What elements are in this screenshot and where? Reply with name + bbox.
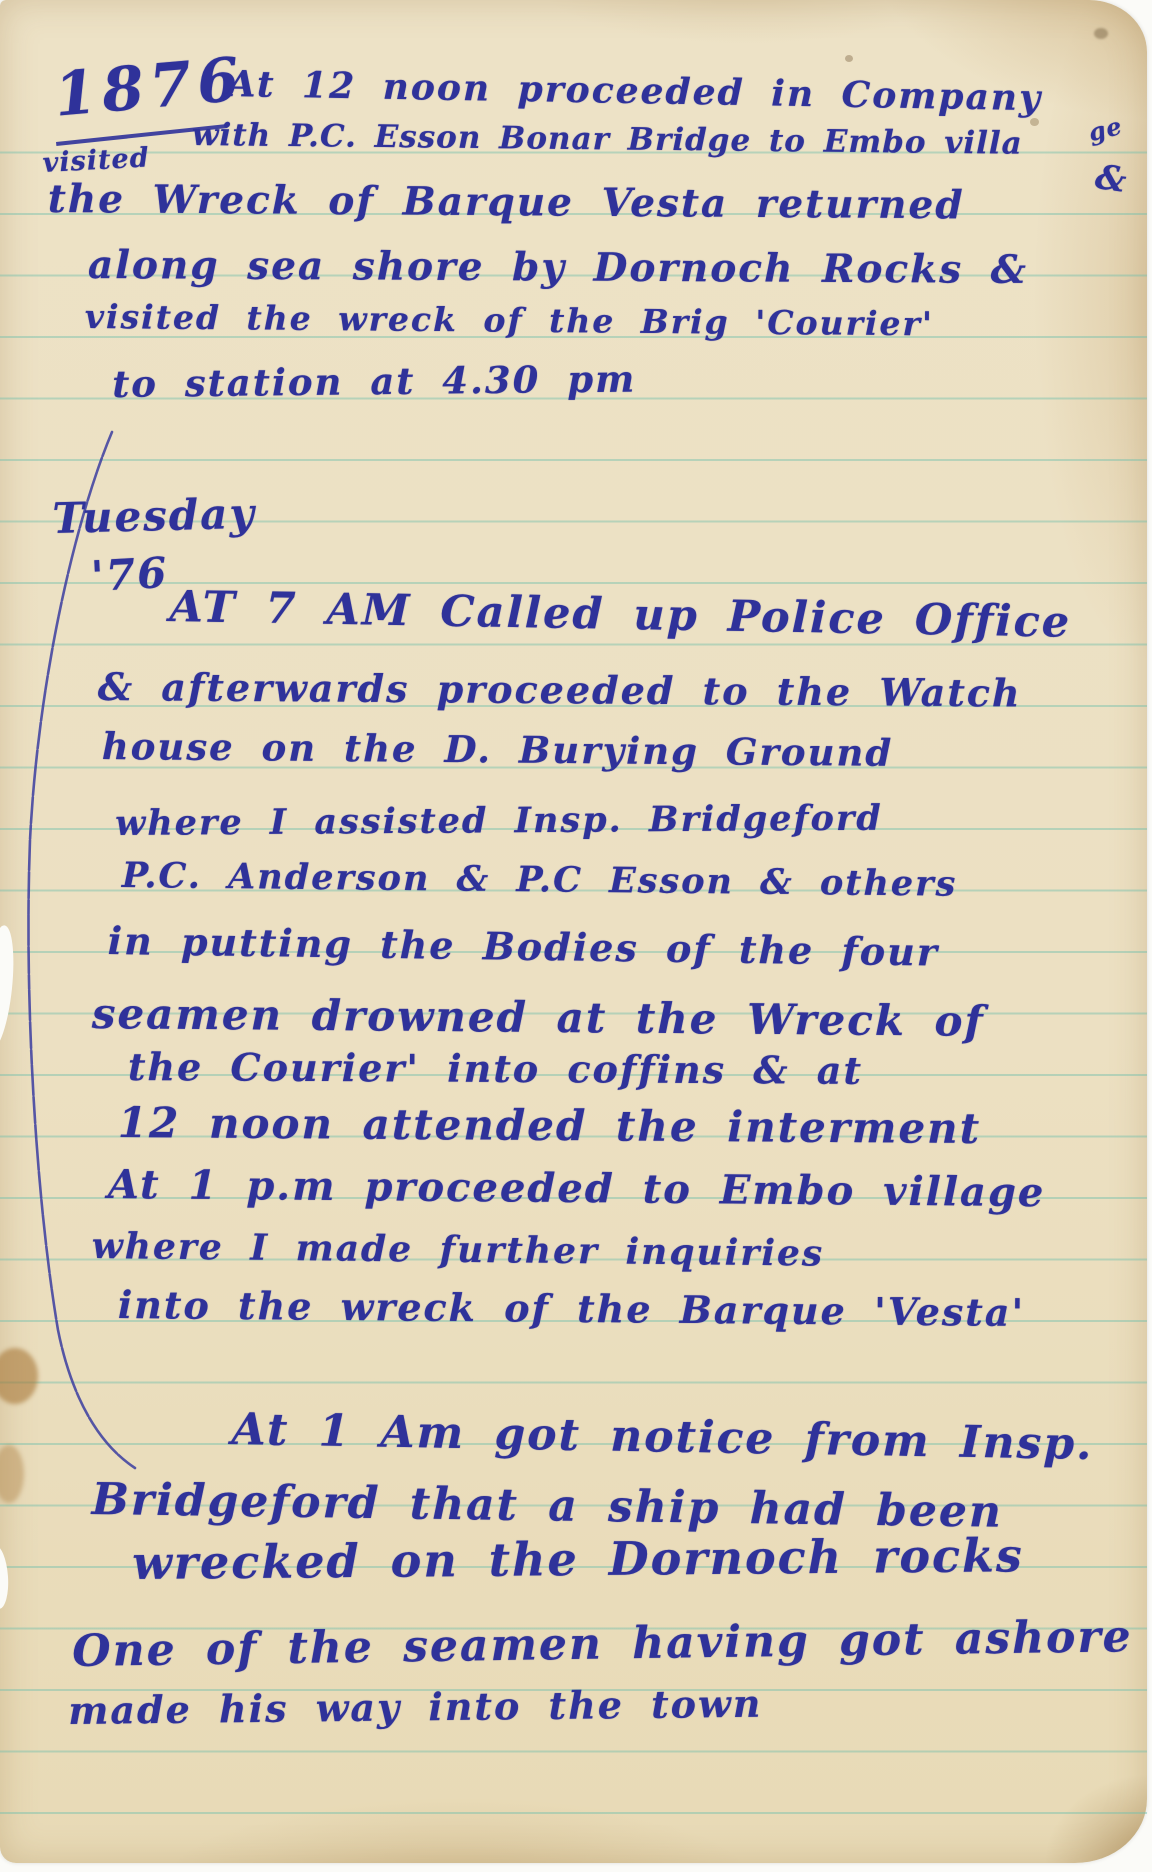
- handwritten-line: in putting the Bodies of the four: [107, 922, 939, 972]
- handwritten-line: seamen drowned at the Wreck of: [92, 993, 985, 1043]
- handwritten-line: P.C. Anderson & P.C Esson & others: [122, 858, 958, 902]
- wrap-suffix: ge: [1086, 114, 1125, 146]
- handwritten-line: At 1 p.m proceeded to Embo village: [108, 1165, 1046, 1213]
- year-heading: 1876: [52, 49, 248, 125]
- handwritten-line: into the wreck of the Barque 'Vesta': [118, 1286, 1026, 1332]
- handwritten-line: where I assisted Insp. Bridgeford: [115, 801, 883, 841]
- paper-speck: [1030, 118, 1039, 126]
- handwritten-line: where I made further inquiries: [92, 1228, 825, 1272]
- paper-speck: [845, 55, 853, 62]
- handwritten-line: wrecked on the Dornoch rocks: [132, 1532, 1024, 1586]
- handwritten-line: with P.C. Esson Bonar Bridge to Embo vil…: [192, 120, 1023, 160]
- inserted-word: visited: [42, 144, 150, 177]
- scanned-notebook-page: 1876 At 12 noon proceeded in Company wit…: [0, 0, 1152, 1872]
- margin-ampersand: &: [1093, 160, 1130, 198]
- handwritten-line: along sea shore by Dornoch Rocks &: [88, 246, 1028, 290]
- handwritten-line: Bridgeford that a ship had been: [91, 1478, 1003, 1535]
- year-short: '76: [90, 552, 169, 598]
- handwritten-line: to station at 4.30 pm: [112, 361, 636, 403]
- handwritten-line: made his way into the town: [68, 1685, 763, 1730]
- handwritten-line: the Courier' into coffins & at: [128, 1048, 863, 1090]
- handwritten-line: the Wreck of Barque Vesta returned: [48, 180, 965, 225]
- handwritten-line: house on the D. Burying Ground: [102, 728, 894, 772]
- handwritten-line: 12 noon attended the interment: [118, 1102, 982, 1150]
- handwritten-line: & afterwards proceeded to the Watch: [98, 668, 1022, 712]
- day-heading: Tuesday: [52, 493, 256, 540]
- paper-speck: [1094, 28, 1108, 39]
- handwritten-line: visited the wreck of the Brig 'Courier': [85, 300, 934, 340]
